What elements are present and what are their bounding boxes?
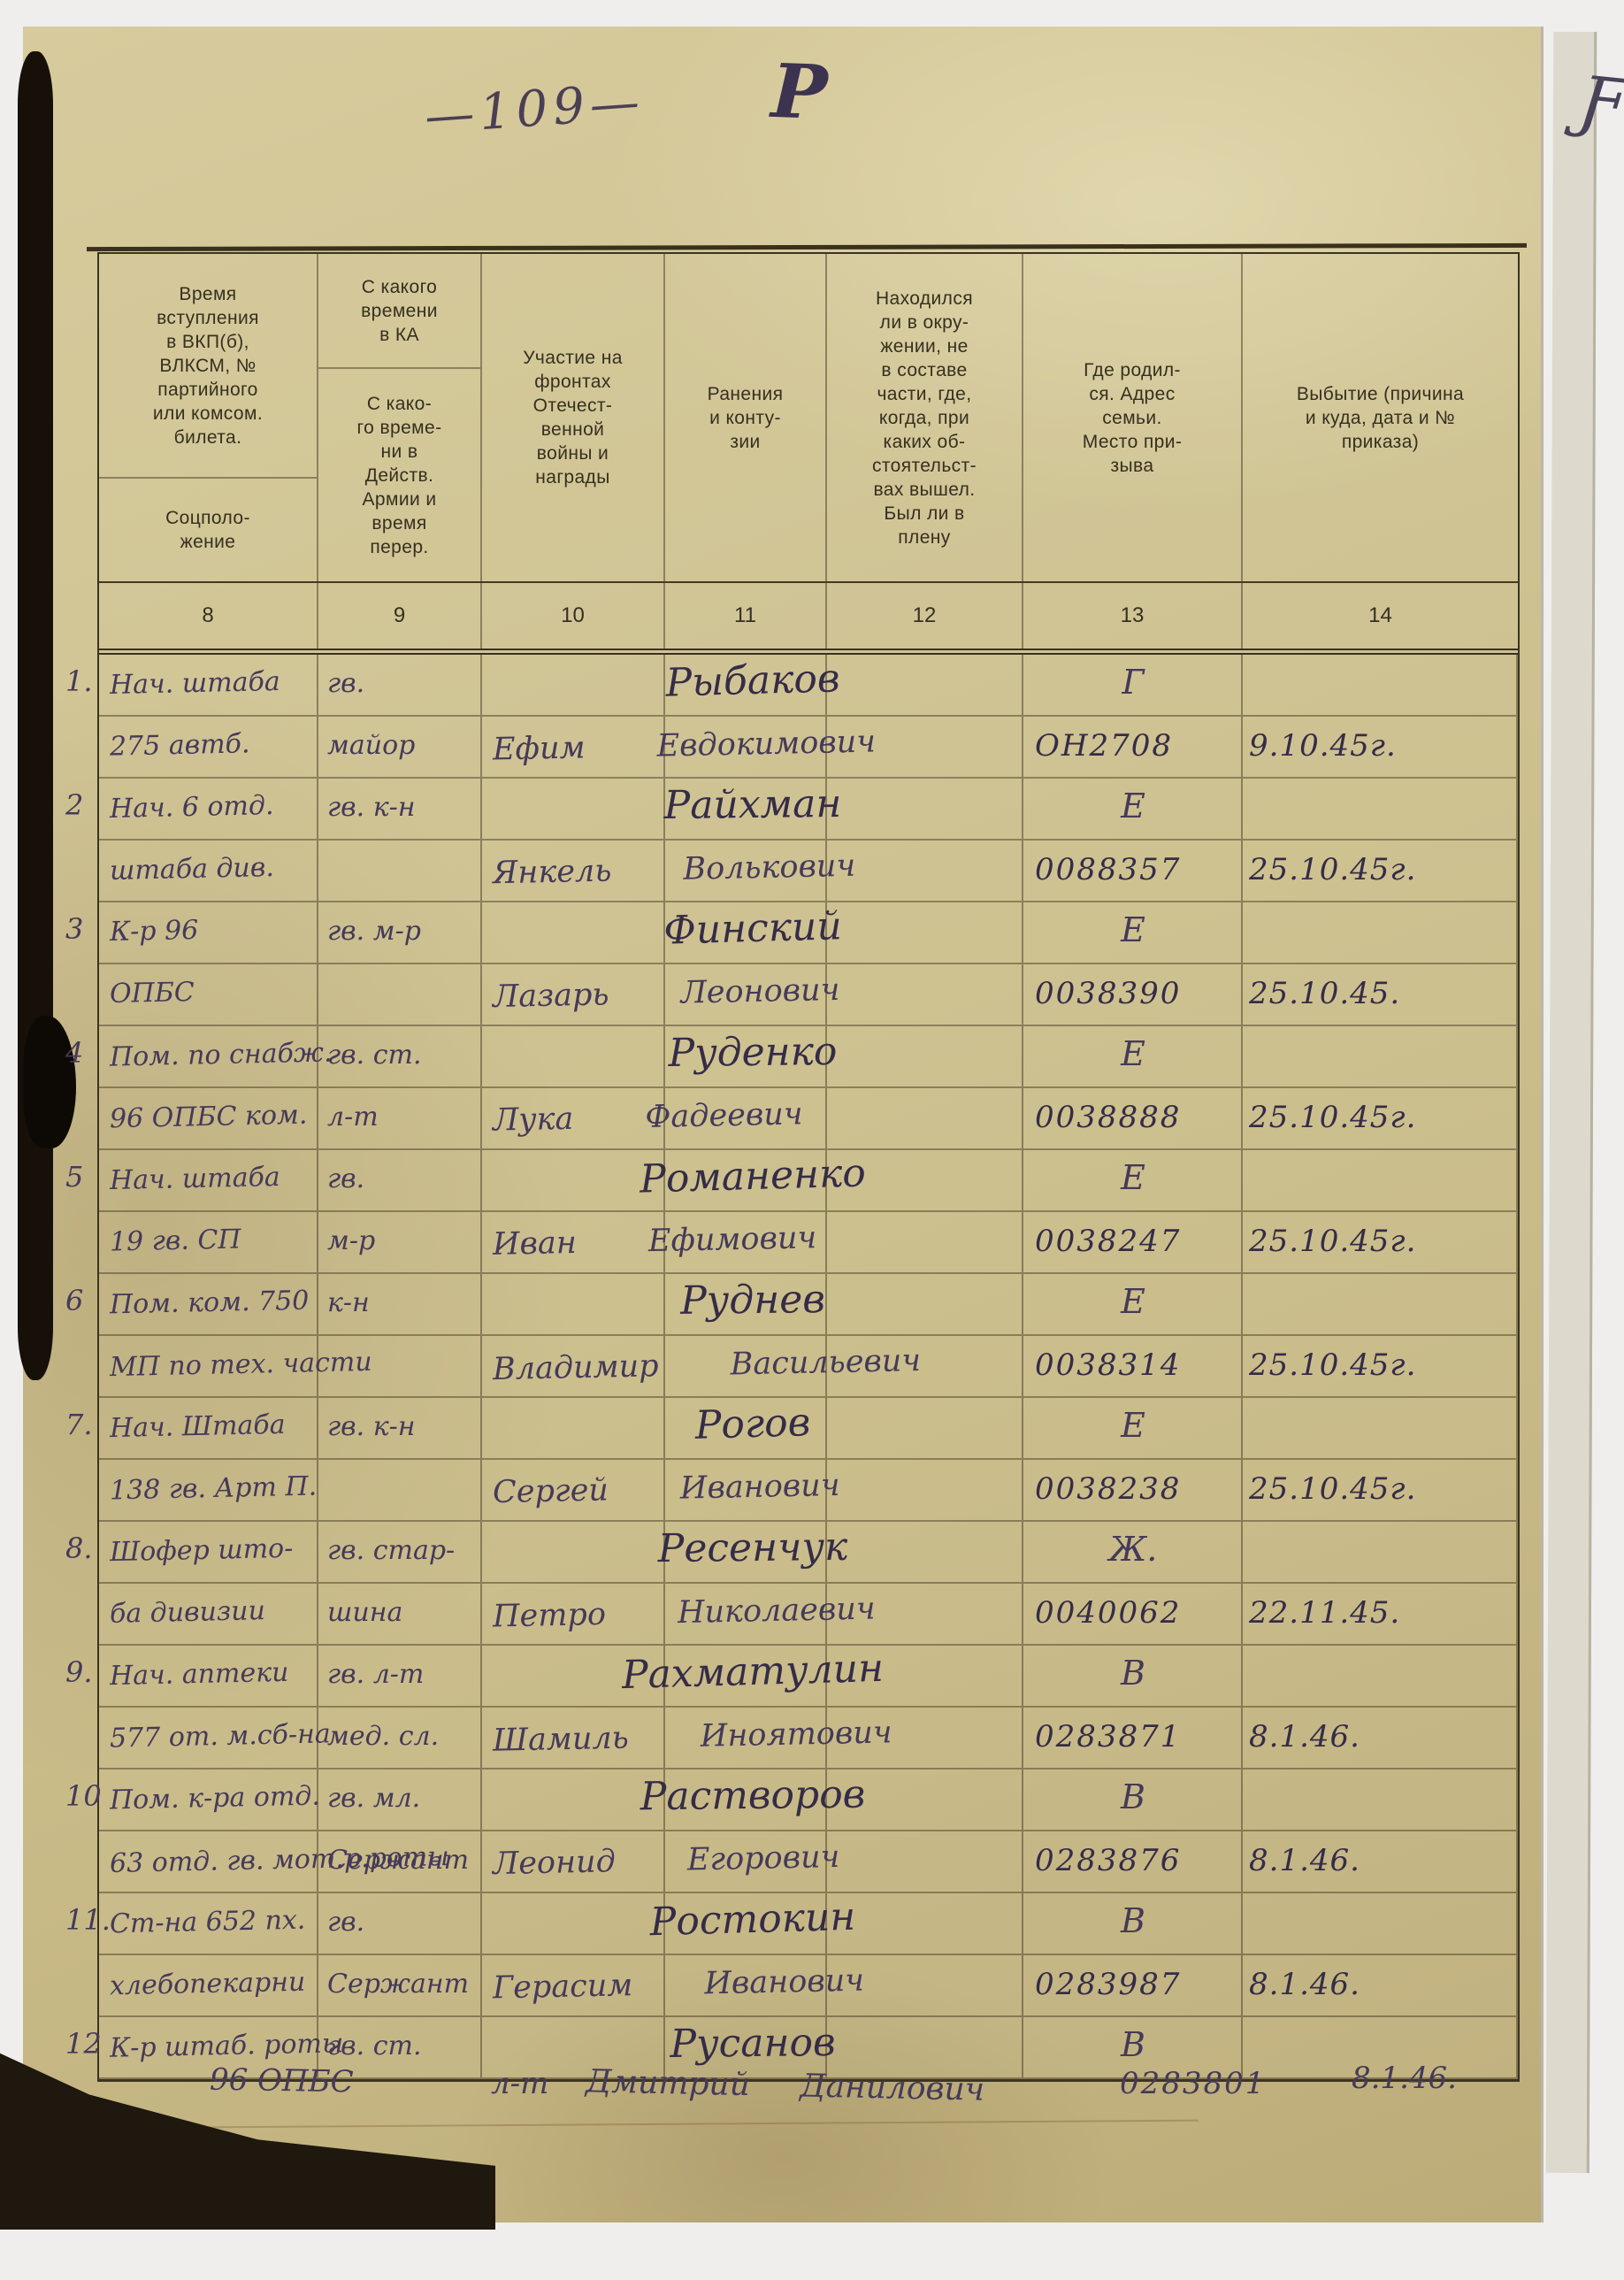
entry-row-surname: 2 Нач. 6 отд. гв. к-н Райхман Е <box>99 779 1518 841</box>
header-cell-12: Находился ли в окру- жении, не в составе… <box>827 254 1023 581</box>
header-label-social-position: Соцполо- жение <box>165 506 250 554</box>
column-number: 8 <box>99 583 318 649</box>
column-number: 10 <box>482 583 665 649</box>
register-entry: 9. Нач. аптеки гв. л-т Рахматулин В 577 … <box>99 1646 1518 1769</box>
entry-row-details: 96 ОПБС ком. л-т Лука Фадеевич 0038888 2… <box>99 1088 1518 1150</box>
entry-row-surname: 6 Пом. ком. 750 к-н Руднев Е <box>99 1274 1518 1336</box>
entry-row-surname: 4 Пом. по снабж. гв. ст. Руденко Е <box>99 1026 1518 1088</box>
header-cell-10: Участие на фронтах Отечест- венной войны… <box>482 254 665 581</box>
register-entry: 3 К-р 96 гв. м-р Финский Е ОПБС Лазарь Л… <box>99 902 1518 1026</box>
register-entry: 6 Пом. ком. 750 к-н Руднев Е МП по тех. … <box>99 1274 1518 1398</box>
header-label-party-entry: Время вступления в ВКП(б), ВЛКСМ, № парт… <box>153 282 263 449</box>
register-entry: 4 Пом. по снабж. гв. ст. Руденко Е 96 ОП… <box>99 1026 1518 1150</box>
column-numbers-row: 8 9 10 11 12 13 14 <box>99 583 1518 655</box>
table-header-row: Время вступления в ВКП(б), ВЛКСМ, № парт… <box>99 254 1518 583</box>
entry-row-surname: 3 К-р 96 гв. м-р Финский Е <box>99 902 1518 964</box>
column-number: 13 <box>1023 583 1243 649</box>
external-rank: л-т <box>491 2069 548 2099</box>
entry-row-details: МП по тех. части Владимир Васильевич 003… <box>99 1336 1518 1398</box>
header-label-wounds: Ранения и конту- зии <box>708 382 784 454</box>
header-label-birthplace: Где родил- ся. Адрес семьи. Место при- з… <box>1083 358 1183 478</box>
register-entry: 8. Шофер што- гв. стар- Ресенчук Ж. ба д… <box>99 1522 1518 1646</box>
external-duty-unit: 96 ОПБС <box>210 2065 354 2098</box>
column-number: 9 <box>318 583 482 649</box>
paper-crease <box>1541 27 1544 2222</box>
header-cell-11: Ранения и конту- зии <box>665 254 827 581</box>
external-date: 8.1.46. <box>1352 2063 1457 2093</box>
register-entry: 7. Нач. Штаба гв. к-н Рогов Е 138 гв. Ар… <box>99 1398 1518 1522</box>
entry-row-details: ба дивизии шина Петро Николаевич 0040062… <box>99 1584 1518 1646</box>
register-entry: 2 Нач. 6 отд. гв. к-н Райхман Е штаба ди… <box>99 779 1518 902</box>
register-entry: 11. Ст-на 652 пх. гв. Ростокин В хлебопе… <box>99 1893 1518 2017</box>
entry-row-surname: 7. Нач. Штаба гв. к-н Рогов Е <box>99 1398 1518 1460</box>
handwritten-page-number: —109— <box>423 77 646 142</box>
external-given-patronymic: Дмитрий Данилович <box>586 2066 985 2106</box>
entry-row-details: штаба див. Янкель Волькович 0088357 25.1… <box>99 841 1518 902</box>
entry-row-surname: 1. Нач. штаба гв. Рыбаков Г <box>99 655 1518 717</box>
scanned-document-photo: —109— Р Ƒ Время вступления в ВКП(б), ВЛК… <box>0 0 1624 2280</box>
header-cell-14: Выбытие (причина и куда, дата и № приказ… <box>1243 254 1518 581</box>
register-table: Время вступления в ВКП(б), ВЛКСМ, № парт… <box>97 252 1520 2082</box>
header-cell-8: Время вступления в ВКП(б), ВЛКСМ, № парт… <box>99 254 318 581</box>
entry-row-surname: 9. Нач. аптеки гв. л-т Рахматулин В <box>99 1646 1518 1708</box>
entry-row-surname: 10 Пом. к-ра отд. гв. мл. Растворов В <box>99 1769 1518 1831</box>
header-cell-13: Где родил- ся. Адрес семьи. Место при- з… <box>1023 254 1243 581</box>
adjacent-page-edge <box>1546 32 1597 2173</box>
column-number: 12 <box>827 583 1023 649</box>
table-body: 1. Нач. штаба гв. Рыбаков Г 275 автб. ма… <box>99 655 1518 2079</box>
entry-row-surname: 8. Шофер што- гв. стар- Ресенчук Ж. <box>99 1522 1518 1584</box>
header-label-front-participation: Участие на фронтах Отечест- венной войны… <box>523 346 623 489</box>
header-label-in-ka-since: С какого времени в КА <box>361 275 438 347</box>
register-entry: 10 Пом. к-ра отд. гв. мл. Растворов В 63… <box>99 1769 1518 1893</box>
entry-row-surname: 5 Нач. штаба гв. Романенко Е <box>99 1150 1518 1212</box>
letter-index-mark: Р <box>770 54 829 130</box>
header-cell-9: С какого времени в КА С како- го време- … <box>318 254 482 581</box>
book-binding-shadow <box>18 51 53 1380</box>
entry-row-details: 275 автб. майор Ефим Евдокимович ОН2708 … <box>99 717 1518 779</box>
register-entry: 1. Нач. штаба гв. Рыбаков Г 275 автб. ма… <box>99 655 1518 779</box>
entry-row-details: ОПБС Лазарь Леонович 0038390 25.10.45. <box>99 964 1518 1026</box>
entry-row-details: 63 отд. гв. мот.р.роты Сержант Леонид Ег… <box>99 1831 1518 1893</box>
column-number: 14 <box>1243 583 1518 649</box>
register-entry: 5 Нач. штаба гв. Романенко Е 19 гв. СП м… <box>99 1150 1518 1274</box>
entry-row-surname: 11. Ст-на 652 пх. гв. Ростокин В <box>99 1893 1518 1955</box>
column-number: 11 <box>665 583 827 649</box>
external-card-number: 0283801 <box>1120 2069 1266 2099</box>
entry-row-details: 19 гв. СП м-р Иван Ефимович 0038247 25.1… <box>99 1212 1518 1274</box>
header-label-encirclement: Находился ли в окру- жении, не в составе… <box>872 287 977 549</box>
entry-row-details: 577 от. м.сб-на мед. сл. Шамиль Иноятови… <box>99 1708 1518 1769</box>
entry-row-details: хлебопекарни Сержант Герасим Иванович 02… <box>99 1955 1518 2017</box>
entry-row-details: 138 гв. Арт П. Сергей Иванович 0038238 2… <box>99 1460 1518 1522</box>
edge-pen-mark: Ƒ <box>1576 66 1624 138</box>
header-label-in-army-since: С како- го време- ни в Действ. Армии и в… <box>357 392 442 559</box>
header-label-departure: Выбытие (причина и куда, дата и № приказ… <box>1297 382 1464 454</box>
